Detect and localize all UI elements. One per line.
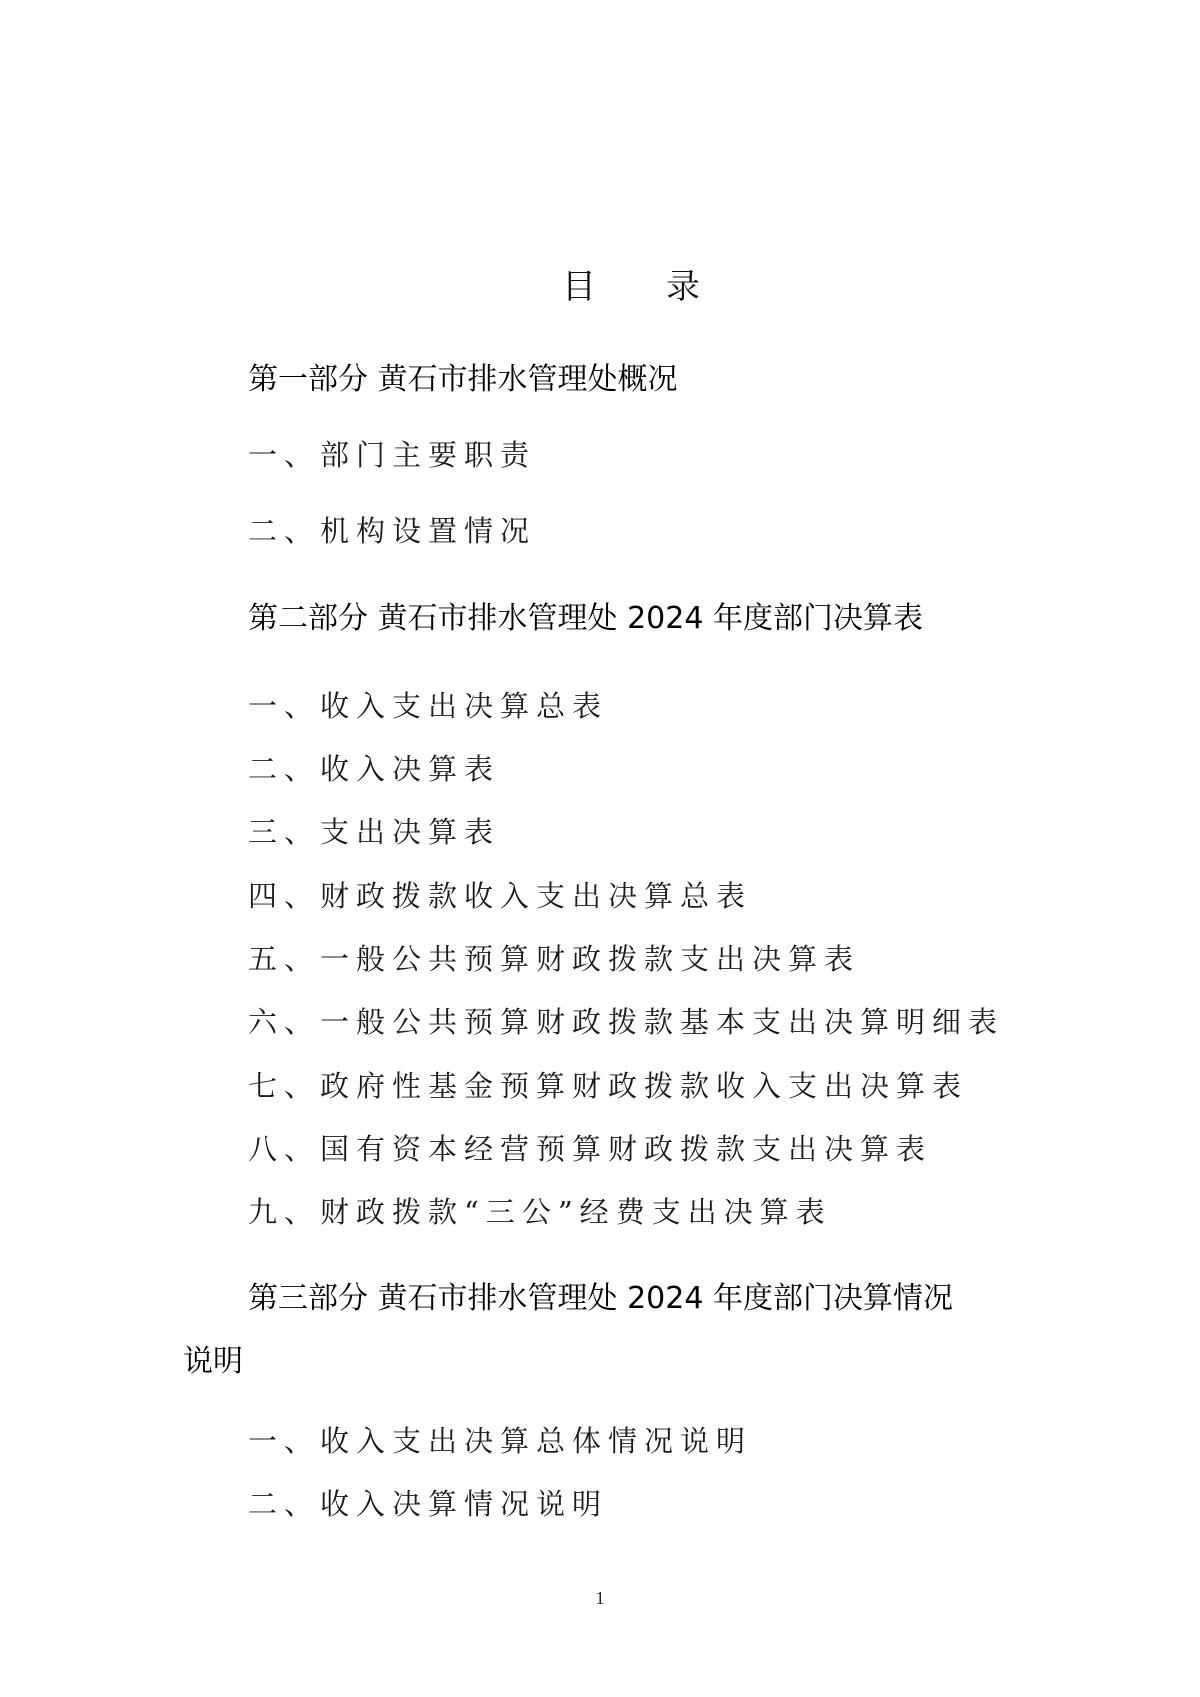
part-1-item-1: 一、部门主要职责 [248, 435, 536, 475]
part-3-heading: 第三部分 黄石市排水管理处 2024 年度部门决算情况 [248, 1279, 953, 1319]
part-2-item-8: 八、国有资本经营预算财政拨款支出决算表 [248, 1129, 932, 1169]
part-2-item-4: 四、财政拨款收入支出决算总表 [248, 876, 752, 916]
part-2-item-6: 六、一般公共预算财政拨款基本支出决算明细表 [248, 1002, 1004, 1042]
part-2-item-3: 三、支出决算表 [248, 812, 500, 852]
part-2-item-9: 九、财政拨款“三公”经费支出决算表 [248, 1192, 832, 1232]
part-2-item-5: 五、一般公共预算财政拨款支出决算表 [248, 939, 860, 979]
part-3-item-1: 一、收入支出决算总体情况说明 [248, 1421, 752, 1461]
toc-title-char-1: 目 [562, 265, 596, 309]
page-number: 1 [0, 1588, 1200, 1609]
part-2-item-7: 七、政府性基金预算财政拨款收入支出决算表 [248, 1066, 968, 1106]
part-2-item-1: 一、收入支出决算总表 [248, 686, 608, 726]
part-3-item-2: 二、收入决算情况说明 [248, 1484, 608, 1524]
part-2-item-2: 二、收入决算表 [248, 749, 500, 789]
part-3-heading-continuation: 说明 [183, 1342, 243, 1382]
part-2-heading: 第二部分 黄石市排水管理处 2024 年度部门决算表 [248, 599, 923, 639]
toc-title-char-2: 录 [666, 265, 700, 309]
document-page: 目 录 第一部分 黄石市排水管理处概况 一、部门主要职责 二、机构设置情况 第二… [0, 0, 1200, 1697]
part-1-item-2: 二、机构设置情况 [248, 511, 536, 551]
part-1-heading: 第一部分 黄石市排水管理处概况 [248, 360, 678, 400]
